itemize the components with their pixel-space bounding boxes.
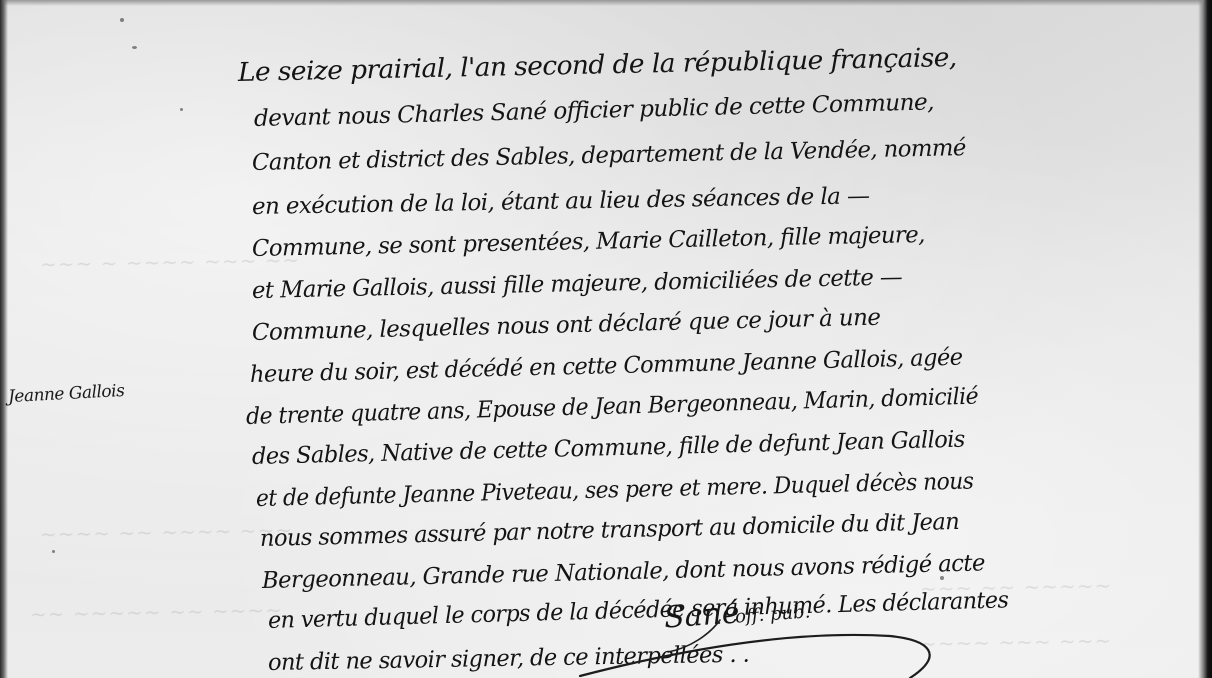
record-line: Commune, se sont presentées, Marie Caill… [252, 222, 925, 262]
document-scan: ~~~ ~ ~~~~ ~~~ ~~ ~~~~ ~~ ~~~~ ~~~ ~~ ~~… [0, 0, 1212, 678]
record-line: et de defunte Jeanne Piveteau, ses pere … [256, 468, 974, 512]
record-line: Canton et district des Sables, departeme… [252, 135, 966, 176]
record-line: en exécution de la loi, étant au lieu de… [252, 183, 870, 220]
record-line: et Marie Gallois, aussi fille majeure, d… [252, 264, 903, 304]
record-line: nous sommes assuré par notre transport a… [260, 509, 960, 552]
paper-speck [132, 46, 137, 49]
page-left-edge [0, 0, 8, 678]
page-right-edge [1198, 0, 1212, 678]
page-top-shadow [0, 0, 1212, 6]
signature-flourish [560, 600, 960, 678]
record-line: de trente quatre ans, Epouse de Jean Ber… [246, 384, 979, 430]
paper-speck [120, 18, 124, 22]
record-line: Le seize prairial, l'an second de la rép… [238, 43, 957, 88]
bleed-through-mark: ~~~~ ~~ ~~~~ ~~~ [40, 518, 293, 546]
paper-speck [52, 550, 55, 553]
record-line: devant nous Charles Sané officier public… [254, 89, 934, 132]
margin-name-note: Jeanne Gallois [8, 381, 125, 407]
bleed-through-mark: ~~ ~~~~~ ~~ ~~~~ [30, 598, 283, 626]
record-line: heure du soir, est décédé en cette Commu… [250, 345, 963, 388]
paper-speck [180, 108, 183, 111]
record-line: des Sables, Native de cette Commune, fil… [252, 427, 965, 470]
record-line: Commune, lesquelles nous ont déclaré que… [252, 305, 881, 346]
record-line: Bergeonneau, Grande rue Nationale, dont … [262, 550, 985, 594]
